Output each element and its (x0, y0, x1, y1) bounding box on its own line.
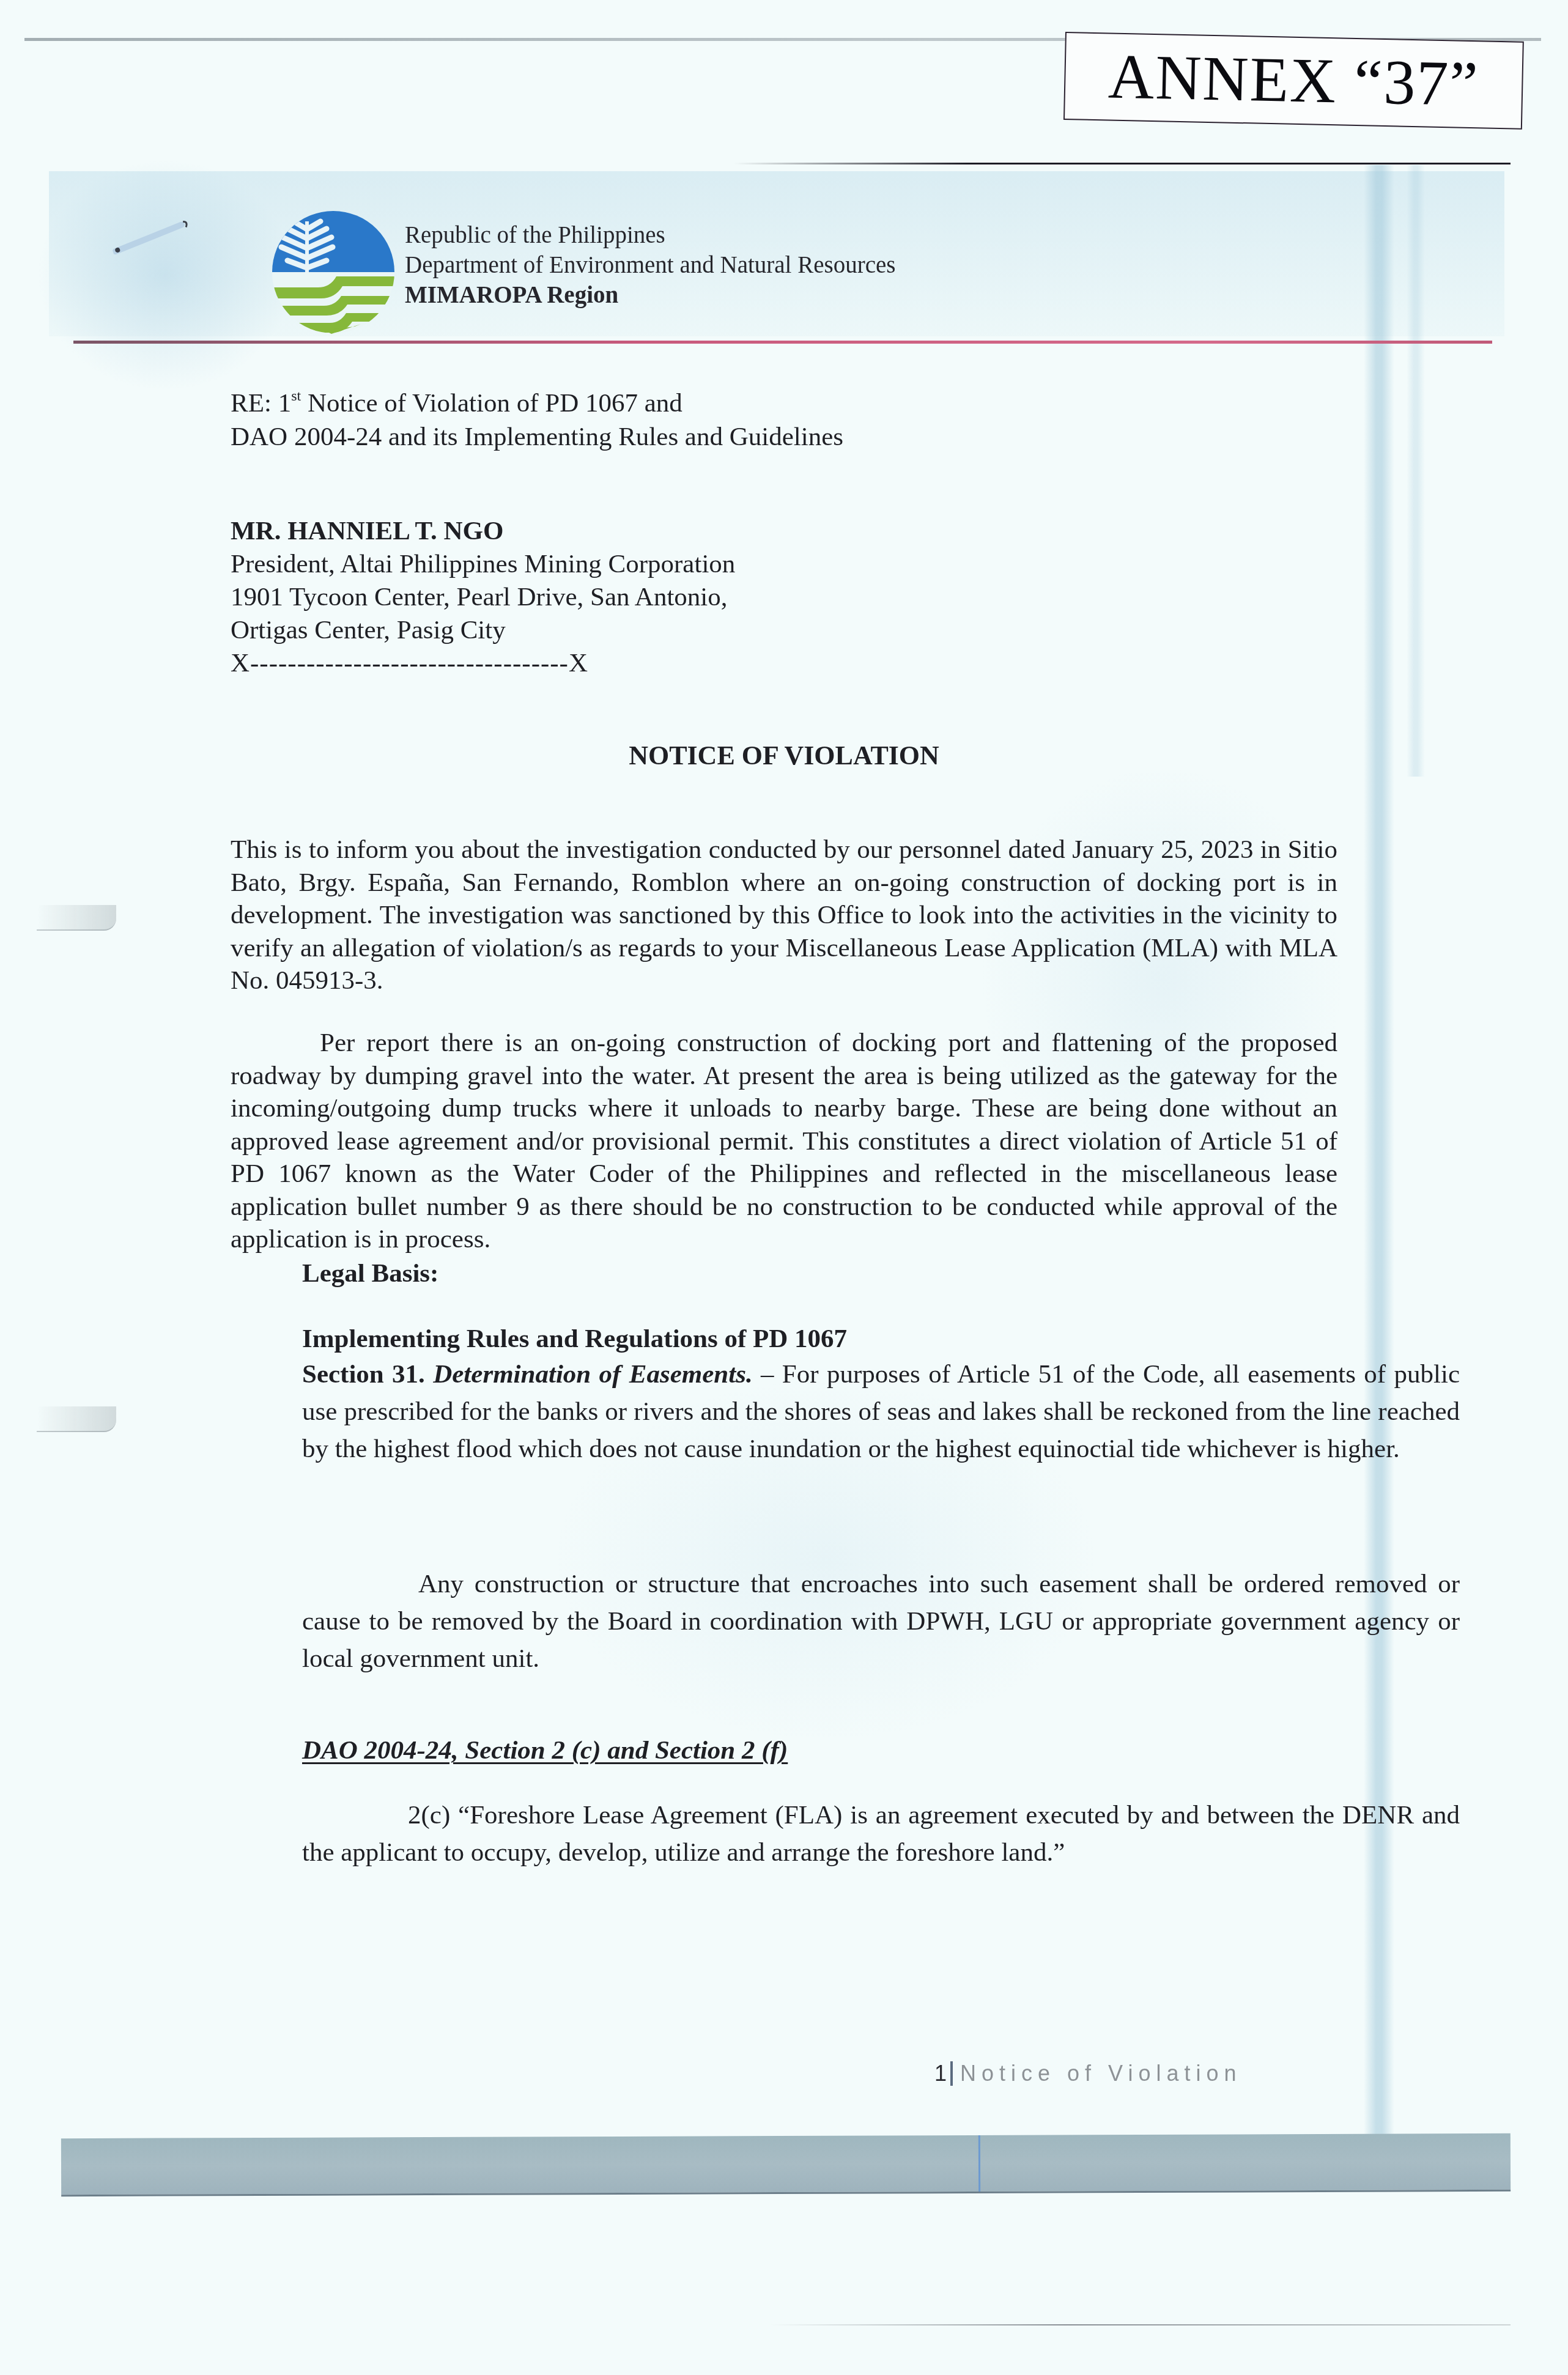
annex-label: ANNEX “37” (1108, 45, 1479, 117)
dao-heading: DAO 2004-24, Section 2 (c) and Section 2… (302, 1735, 788, 1765)
page-number: 1 (934, 2061, 947, 2086)
letterhead: Republic of the Philippines Department o… (405, 220, 896, 310)
addressee-position: President, Altai Philippines Mining Corp… (231, 548, 735, 581)
subject-line-2: DAO 2004-24 and its Implementing Rules a… (231, 420, 843, 454)
scan-bottom-edge (771, 2324, 1511, 2325)
footer-label: Notice of Violation (960, 2061, 1242, 2086)
body-paragraph-2: Per report there is an on-going construc… (231, 1027, 1337, 1256)
scan-bottom-band (61, 2133, 1511, 2196)
scan-wash (37, 159, 294, 391)
addressee-name: MR. HANNIEL T. NGO (231, 515, 735, 548)
republic-line: Republic of the Philippines (405, 220, 896, 250)
subject-prefix: RE: 1 (231, 389, 291, 418)
section-31-paragraph-2: Any construction or structure that encro… (302, 1565, 1460, 1677)
section-31-caption: Determination of Easements. (433, 1360, 752, 1389)
addressee-address-2: Ortigas Center, Pasig City (231, 614, 735, 647)
page-footer: 1 Notice of Violation (934, 2061, 1242, 2086)
letterhead-divider (73, 341, 1492, 344)
ordinal-suffix: st (291, 388, 301, 404)
addressee-address-1: 1901 Tycoon Center, Pearl Drive, San Ant… (231, 581, 735, 614)
denr-logo-icon (263, 208, 404, 336)
punch-hole-mark (37, 1406, 116, 1432)
irr-heading: Implementing Rules and Regulations of PD… (302, 1323, 847, 1356)
department-line: Department of Environment and Natural Re… (405, 250, 896, 280)
dao-2c-paragraph: 2(c) “Foreshore Lease Agreement (FLA) is… (302, 1797, 1460, 1871)
footer-divider (950, 2061, 953, 2086)
legal-basis-heading: Legal Basis: (302, 1258, 438, 1288)
subject-block: RE: 1st Notice of Violation of PD 1067 a… (231, 386, 843, 454)
body-paragraph-1: This is to inform you about the investig… (231, 833, 1337, 997)
region-line: MIMAROPA Region (405, 280, 896, 310)
subject-line-1-text: Notice of Violation of PD 1067 and (301, 389, 682, 418)
section-31-lead: Section 31. (302, 1360, 425, 1389)
punch-hole-mark (37, 905, 116, 931)
document-title: NOTICE OF VIOLATION (231, 740, 1337, 771)
annex-label-box: ANNEX “37” (1063, 32, 1524, 130)
addressee-block: MR. HANNIEL T. NGO President, Altai Phil… (231, 515, 735, 680)
scan-streak (1407, 165, 1425, 777)
subject-line-1: RE: 1st Notice of Violation of PD 1067 a… (231, 386, 843, 420)
header-top-rule (734, 163, 1511, 164)
address-separator: X----------------------------------X (231, 647, 735, 680)
section-31-paragraph: Section 31. Determination of Easements. … (302, 1356, 1460, 1468)
